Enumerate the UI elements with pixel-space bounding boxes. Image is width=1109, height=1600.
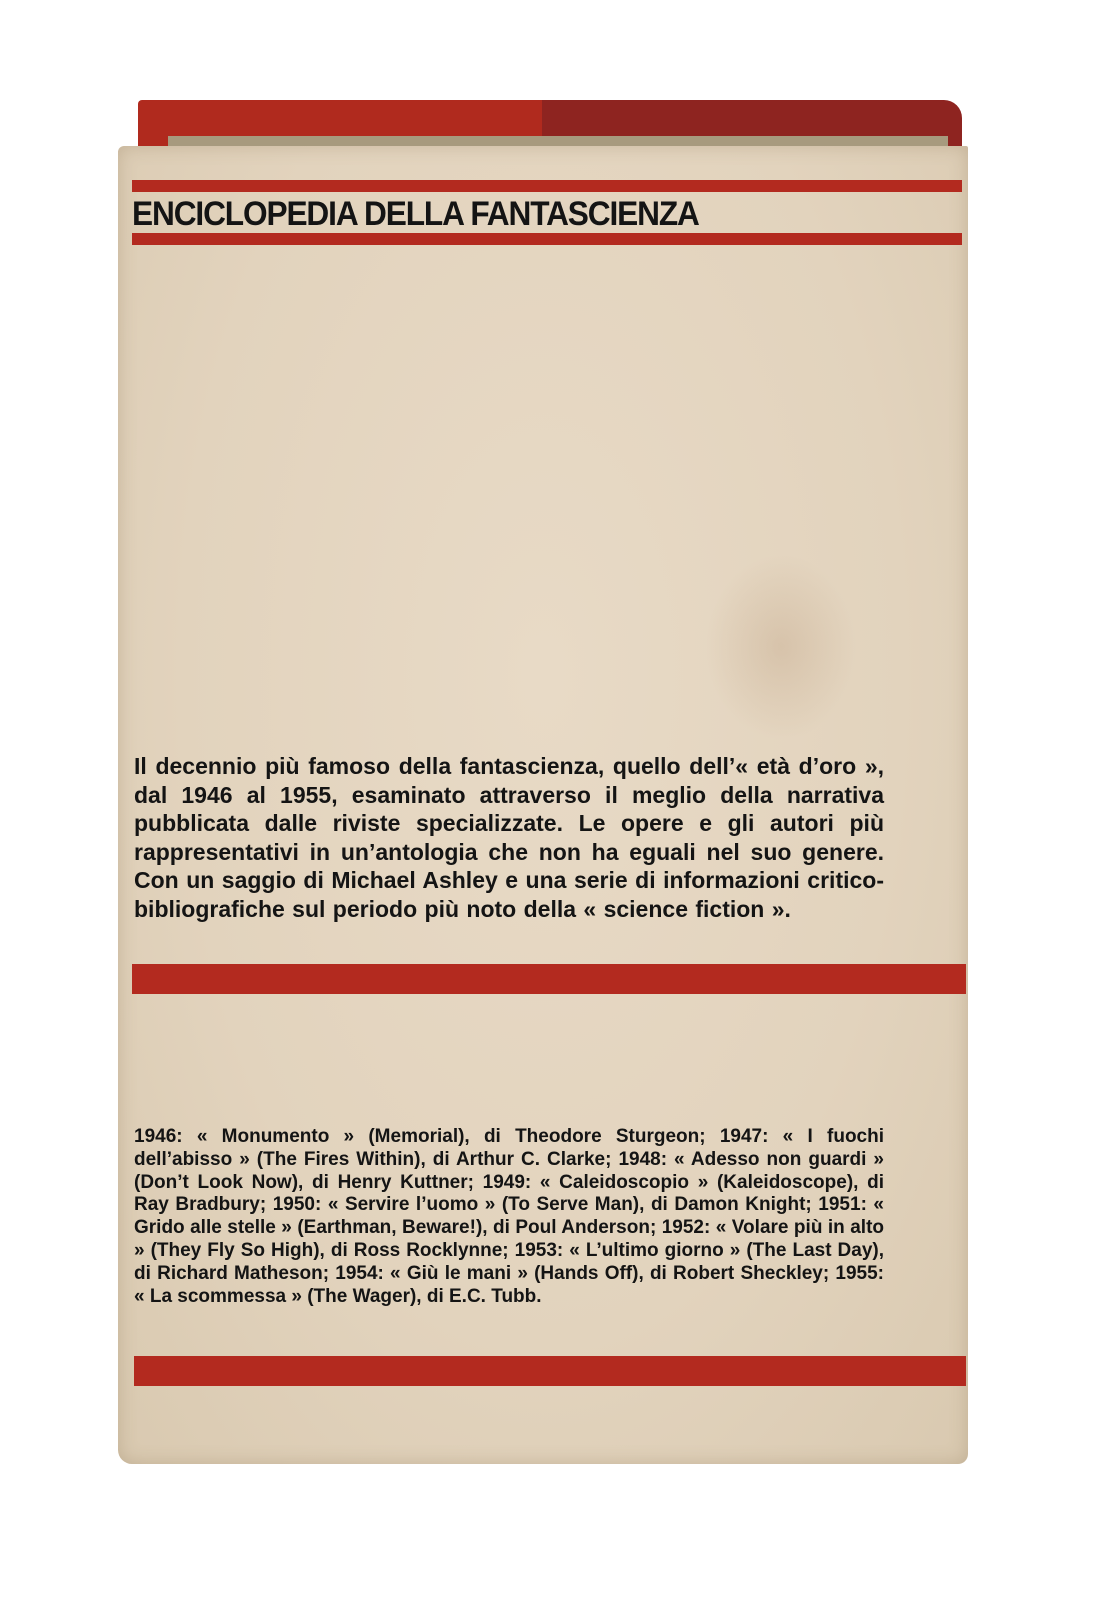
divider-band-bottom — [134, 1356, 966, 1386]
title-rule-bottom — [132, 233, 962, 245]
blurb-text: Il decennio più famoso della fantascienz… — [134, 752, 884, 923]
contents-list: 1946: « Monumento » (Memorial), di Theod… — [134, 1126, 884, 1308]
series-title: ENCICLOPEDIA DELLA FANTASCIENZA — [132, 194, 857, 234]
back-cover: ENCICLOPEDIA DELLA FANTASCIENZA Il decen… — [118, 146, 968, 1464]
title-rule-top — [132, 180, 962, 192]
divider-band-middle — [132, 964, 966, 994]
